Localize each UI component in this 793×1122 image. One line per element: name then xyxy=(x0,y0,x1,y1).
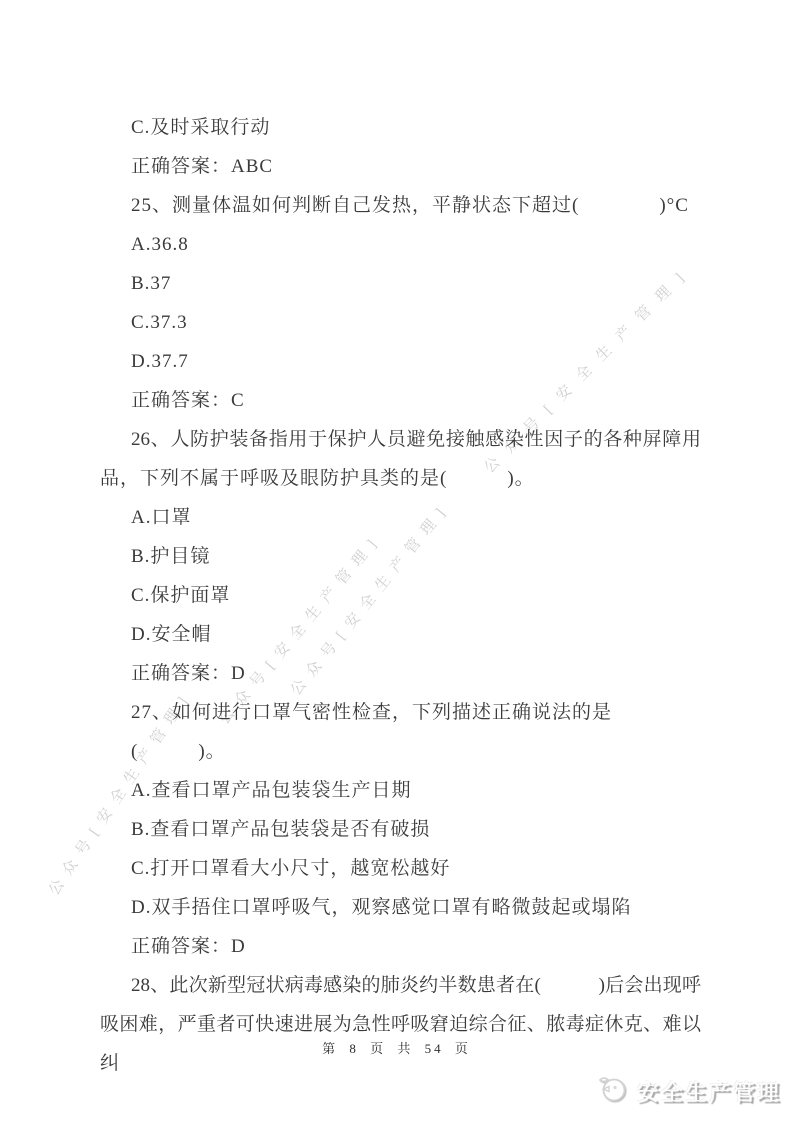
text-line: 正确答案：ABC xyxy=(100,147,701,186)
text-line: C.保护面罩 xyxy=(100,576,701,615)
page: 公众号[安全生产管理] 公众号[安全生产管理] 公众号[安全生产管理] 公众号[… xyxy=(0,0,793,1122)
text-line: 正确答案：D xyxy=(100,927,701,966)
text-line: 28、此次新型冠状病毒感染的肺炎约半数患者在( )后会出现呼 xyxy=(100,966,701,1005)
document-body: C.及时采取行动正确答案：ABC25、测量体温如何判断自己发热，平静状态下超过(… xyxy=(100,108,701,1083)
text-line: A.查看口罩产品包装袋生产日期 xyxy=(100,771,701,810)
text-line: D.双手捂住口罩呼吸气，观察感觉口罩有略微鼓起或塌陷 xyxy=(100,888,701,927)
text-line: 品，下列不属于呼吸及眼防护具类的是( )。 xyxy=(100,459,701,498)
chick-logo-icon xyxy=(594,1074,630,1109)
text-line: D.安全帽 xyxy=(100,615,701,654)
text-line: C.打开口罩看大小尺寸，越宽松越好 xyxy=(100,849,701,888)
text-line: B.37 xyxy=(100,264,701,303)
text-line: B.护目镜 xyxy=(100,537,701,576)
text-line: 27、如何进行口罩气密性检查，下列描述正确说法的是( )。 xyxy=(100,693,701,771)
footer-page-number: 第 8 页 共 54 页 xyxy=(0,1038,793,1057)
text-line: D.37.7 xyxy=(100,342,701,381)
brand-logo: 安全生产管理 xyxy=(594,1074,781,1109)
text-line: 25、测量体温如何判断自己发热，平静状态下超过( )°C xyxy=(100,186,701,225)
text-line: C.37.3 xyxy=(100,303,701,342)
text-line: 正确答案：C xyxy=(100,381,701,420)
text-line: A.36.8 xyxy=(100,225,701,264)
text-line: B.查看口罩产品包装袋是否有破损 xyxy=(100,810,701,849)
text-line: 正确答案：D xyxy=(100,654,701,693)
text-line: 26、人防护装备指用于保护人员避免接触感染性因子的各种屏障用 xyxy=(100,420,701,459)
brand-name: 安全生产管理 xyxy=(637,1076,781,1107)
text-line: C.及时采取行动 xyxy=(100,108,701,147)
text-line: A.口罩 xyxy=(100,498,701,537)
